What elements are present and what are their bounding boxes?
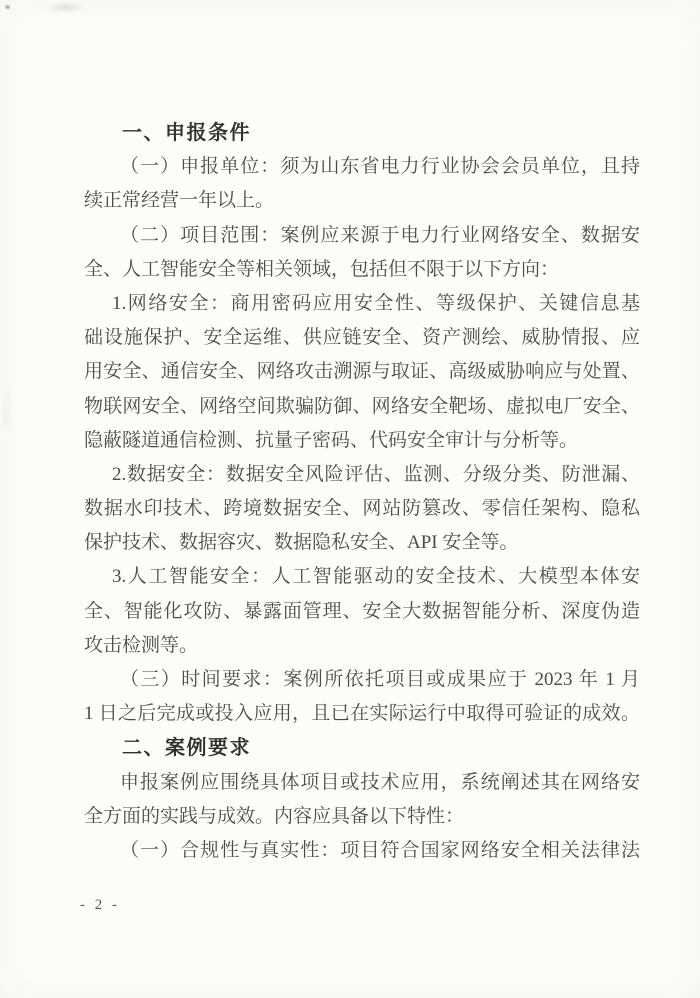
text-line: （三）时间要求：案例所依托项目或成果应于 2023 年 1 月	[84, 663, 640, 697]
text-line: 保护技术、数据容灾、数据隐私安全、API 安全等。	[84, 526, 640, 560]
text-line: 申报案例应围绕具体项目或技术应用，系统阐述其在网络安	[84, 766, 640, 800]
text-line: 续正常经营一年以上。	[84, 184, 640, 218]
text-line: 攻击检测等。	[84, 629, 640, 663]
text-line: 用安全、通信安全、网络攻击溯源与取证、高级威胁响应与处置、	[84, 355, 640, 389]
text-line: 2.数据安全：数据安全风险评估、监测、分级分类、防泄漏、	[84, 458, 640, 492]
text-line: 物联网安全、网络空间欺骗防御、网络安全靶场、虚拟电厂安全、	[84, 390, 640, 424]
text-line: 数据水印技术、跨境数据安全、网站防篡改、零信任架构、隐私	[84, 492, 640, 526]
text-line: 1 日之后完成或投入应用，且已在实际运行中取得可验证的成效。	[84, 697, 640, 731]
page-number: - 2 -	[80, 897, 120, 914]
text-line: 础设施保护、安全运维、供应链安全、资产测绘、威胁情报、应	[84, 321, 640, 355]
text-line: （二）项目范围：案例应来源于电力行业网络安全、数据安	[84, 219, 640, 253]
section-heading-case-requirements: 二、案例要求	[84, 731, 640, 765]
text-line: 全方面的实践与成效。内容应具备以下特性：	[84, 800, 640, 834]
scan-artifact-smudge-left	[2, 380, 12, 440]
scan-artifact-speck	[5, 5, 10, 9]
text-line: 3.人工智能安全：人工智能驱动的安全技术、大模型本体安	[84, 560, 640, 594]
section-heading-application-conditions: 一、申报条件	[84, 116, 640, 150]
text-line: （一）合规性与真实性：项目符合国家网络安全相关法律法	[84, 834, 640, 868]
text-line: 全、智能化攻防、暴露面管理、安全大数据智能分析、深度伪造	[84, 595, 640, 629]
scan-artifact-smudge-top	[44, 2, 88, 13]
text-line: 1.网络安全：商用密码应用安全性、等级保护、关键信息基	[84, 287, 640, 321]
document-body: 一、申报条件 （一）申报单位：须为山东省电力行业协会会员单位，且持 续正常经营一…	[84, 116, 640, 868]
text-line: （一）申报单位：须为山东省电力行业协会会员单位，且持	[84, 150, 640, 184]
text-line: 隐蔽隧道通信检测、抗量子密码、代码安全审计与分析等。	[84, 424, 640, 458]
text-line: 全、人工智能安全等相关领域，包括但不限于以下方向：	[84, 253, 640, 287]
scanned-document-page: 一、申报条件 （一）申报单位：须为山东省电力行业协会会员单位，且持 续正常经营一…	[0, 0, 700, 998]
